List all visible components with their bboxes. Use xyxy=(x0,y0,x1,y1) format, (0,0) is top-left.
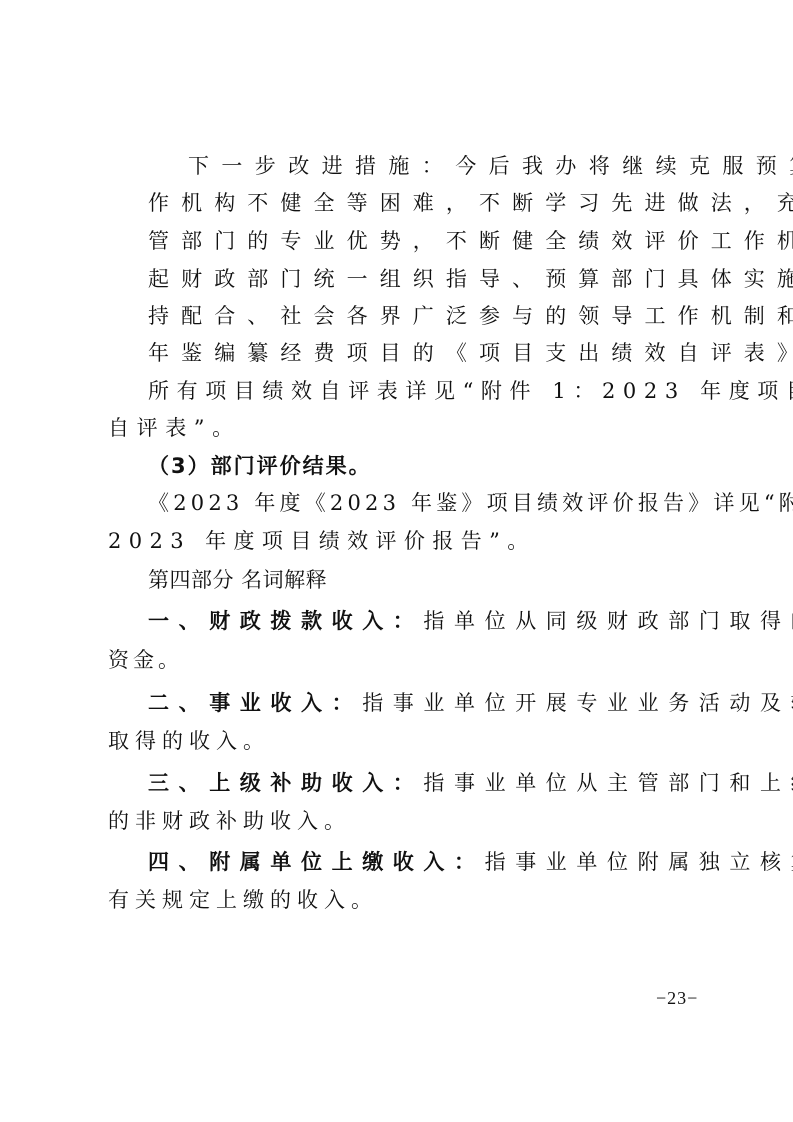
paragraph-line: 下一步改进措施：今后我办将继续克服预算绩效管理工 xyxy=(188,154,690,178)
paragraph-line: 有关规定上缴的收入。 xyxy=(108,888,378,912)
paragraph-line: 2023 年度项目绩效评价报告”。 xyxy=(108,529,536,553)
page-number: −23− xyxy=(656,988,698,1009)
term-label: 一、财政拨款收入： xyxy=(148,608,423,633)
paragraph-line: 自评表”。 xyxy=(108,416,241,440)
part-heading: 第四部分 名词解释 xyxy=(148,568,327,592)
paragraph-line: 所有项目绩效自评表详见“附件 1：2023 年度项目支出绩效 xyxy=(148,379,793,403)
paragraph-line: 持配合、社会各界广泛参与的领导工作机制和监督制约机制 xyxy=(148,304,690,328)
paragraph-line: 管部门的专业优势，不断健全绩效评价工作机制，逐步建立 xyxy=(148,229,690,253)
paragraph-line: 《2023 年度《2023 年鉴》项目绩效评价报告》详见“附件 2： xyxy=(148,491,793,515)
term-label: 二、事业收入： xyxy=(148,690,362,715)
document-page: 下一步改进措施：今后我办将继续克服预算绩效管理工 作机构不健全等困难，不断学习先… xyxy=(0,0,793,1122)
paragraph-line: 的非财政补助收入。 xyxy=(108,809,351,833)
term-text: 指事业单位附属独立核算单位按照 xyxy=(485,850,793,874)
term-definition: 三、上级补助收入：指事业单位从主管部门和上级单位取得 xyxy=(148,771,793,795)
paragraph-line: 起财政部门统一组织指导、预算部门具体实施、专业机构支 xyxy=(148,267,690,291)
term-text: 指事业单位从主管部门和上级单位取得 xyxy=(423,771,793,795)
paragraph-line: 资金。 xyxy=(108,648,183,672)
term-definition: 四、附属单位上缴收入：指事业单位附属独立核算单位按照 xyxy=(148,850,793,874)
paragraph-line: 年鉴编纂经费项目的《项目支出绩效自评表》。 xyxy=(148,341,793,365)
term-label: 三、上级补助收入： xyxy=(148,770,423,795)
term-text: 指事业单位开展专业业务活动及辅助活动所 xyxy=(362,691,793,715)
section-heading: （3）部门评价结果。 xyxy=(148,454,372,478)
term-text: 指单位从同级财政部门取得的财政预算 xyxy=(423,609,793,633)
term-definition: 一、财政拨款收入：指单位从同级财政部门取得的财政预算 xyxy=(148,609,793,633)
paragraph-line: 作机构不健全等困难，不断学习先进做法，充分发挥相关主 xyxy=(148,191,690,215)
term-definition: 二、事业收入：指事业单位开展专业业务活动及辅助活动所 xyxy=(148,691,793,715)
paragraph-line: 取得的收入。 xyxy=(108,729,270,753)
term-label: 四、附属单位上缴收入： xyxy=(148,849,485,874)
